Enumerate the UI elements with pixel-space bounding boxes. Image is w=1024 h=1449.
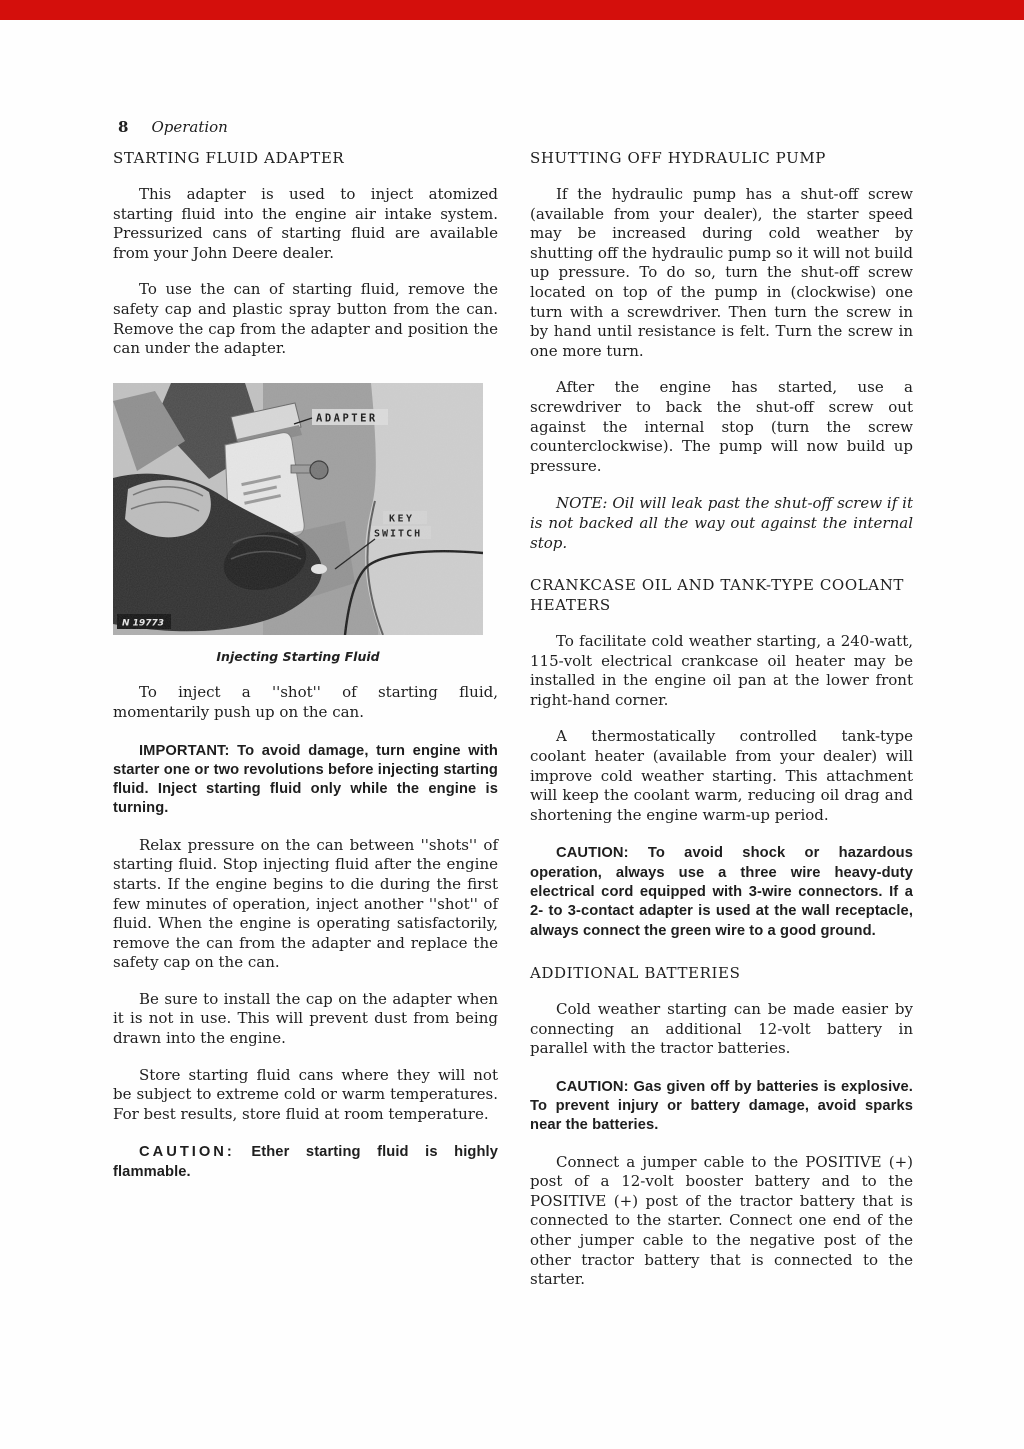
paragraph: Relax pressure on the can between ''shot… bbox=[113, 836, 498, 973]
caution-note-battery-gas: CAUTION: Gas given off by batteries is e… bbox=[530, 1078, 913, 1136]
paragraph: If the hydraulic pump has a shut-off scr… bbox=[530, 185, 913, 361]
right-column: SHUTTING OFF HYDRAULIC PUMP If the hydra… bbox=[530, 148, 913, 1290]
caution-note-shock: CAUTION: To avoid shock or hazardous ope… bbox=[530, 844, 913, 940]
paragraph: Store starting fluid cans where they wil… bbox=[113, 1066, 498, 1125]
caution-label: CAUTION: bbox=[556, 845, 629, 861]
page-number: 8 bbox=[118, 118, 129, 136]
heading-crankcase-oil-heaters: CRANKCASE OIL AND TANK-TYPE COOLANT HEAT… bbox=[530, 575, 913, 615]
paragraph: This adapter is used to inject atomized … bbox=[113, 185, 498, 263]
top-red-bar bbox=[0, 0, 1024, 20]
left-column: STARTING FLUID ADAPTER This adapter is u… bbox=[113, 148, 498, 1182]
manual-page: { "artifacts": { "top_bar_color": "#d40f… bbox=[0, 0, 1024, 1449]
heading-starting-fluid-adapter: STARTING FLUID ADAPTER bbox=[113, 148, 498, 168]
paragraph: A thermostatically controlled tank-type … bbox=[530, 727, 913, 825]
important-note: IMPORTANT: To avoid damage, turn engine … bbox=[113, 742, 498, 819]
note-label: NOTE: bbox=[556, 494, 607, 512]
note-oil-leak: NOTE: Oil will leak past the shut-off sc… bbox=[530, 494, 913, 553]
paragraph: To use the can of starting fluid, remove… bbox=[113, 280, 498, 358]
paragraph: After the engine has started, use a scre… bbox=[530, 378, 913, 476]
heading-shutting-off-hydraulic-pump: SHUTTING OFF HYDRAULIC PUMP bbox=[530, 148, 913, 168]
heading-additional-batteries: ADDITIONAL BATTERIES bbox=[530, 963, 913, 983]
important-label: IMPORTANT: bbox=[139, 743, 229, 759]
paragraph: Be sure to install the cap on the adapte… bbox=[113, 990, 498, 1049]
paragraph: To facilitate cold weather starting, a 2… bbox=[530, 632, 913, 710]
figure-injecting-starting-fluid: ADAPTER KEY SWITCH N 19773 Injecting Sta… bbox=[113, 383, 483, 667]
paragraph: Connect a jumper cable to the POSITIVE (… bbox=[530, 1153, 913, 1290]
caution-label: CAUTION: bbox=[556, 1079, 629, 1095]
caution-note-flammable: CAUTION: Ether starting fluid is highly … bbox=[113, 1143, 498, 1182]
paragraph: Cold weather starting can be made easier… bbox=[530, 1000, 913, 1059]
figure-caption: Injecting Starting Fluid bbox=[113, 647, 483, 667]
page-header: 8Operation bbox=[118, 118, 228, 136]
section-title: Operation bbox=[151, 118, 227, 136]
photo-injecting-starting-fluid: ADAPTER KEY SWITCH N 19773 bbox=[113, 383, 483, 635]
paragraph: To inject a ''shot'' of starting fluid, … bbox=[113, 683, 498, 722]
caution-label: CAUTION: bbox=[139, 1144, 235, 1160]
